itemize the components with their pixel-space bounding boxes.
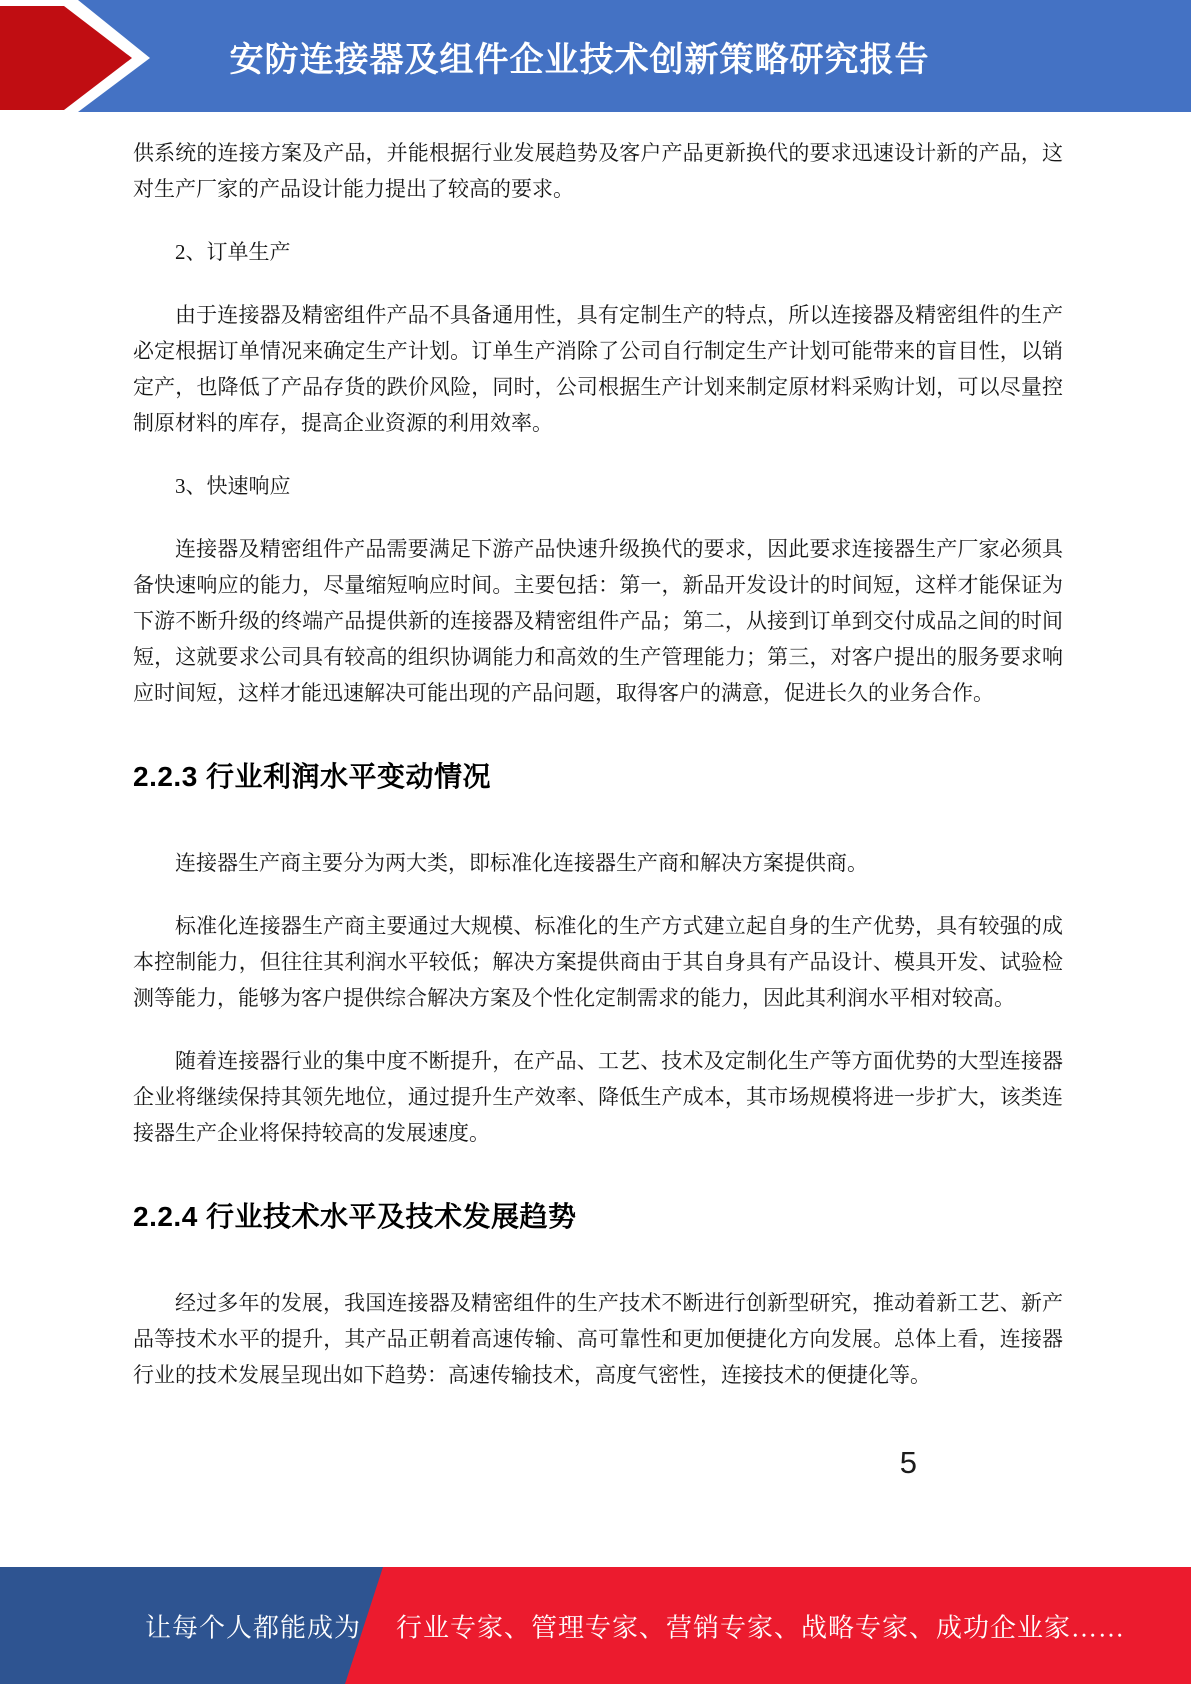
document-body: 供系统的连接方案及产品，并能根据行业发展趋势及客户产品更新换代的要求迅速设计新的… bbox=[0, 112, 1191, 1483]
paragraph-producer-types: 连接器生产商主要分为两大类，即标准化连接器生产商和解决方案提供商。 bbox=[133, 845, 1063, 881]
footer-slogan-left: 让每个人都能成为 bbox=[145, 1607, 361, 1644]
sub-item-quick-response: 3、快速响应 bbox=[133, 468, 1063, 504]
footer-slogan-right: 行业专家、管理专家、营销专家、战略专家、成功企业家…… bbox=[396, 1607, 1125, 1644]
paragraph-continued: 供系统的连接方案及产品，并能根据行业发展趋势及客户产品更新换代的要求迅速设计新的… bbox=[133, 135, 1063, 207]
page-number: 5 bbox=[133, 1443, 1063, 1483]
paragraph-quick-response: 连接器及精密组件产品需要满足下游产品快速升级换代的要求，因此要求连接器生产厂家必… bbox=[133, 531, 1063, 711]
red-arrow-icon bbox=[0, 0, 160, 112]
sub-item-order-production: 2、订单生产 bbox=[133, 234, 1063, 270]
page-header: 安防连接器及组件企业技术创新策略研究报告 bbox=[0, 0, 1191, 112]
page-footer: 让每个人都能成为 行业专家、管理专家、营销专家、战略专家、成功企业家…… bbox=[0, 1567, 1191, 1684]
paragraph-standardized-producers: 标准化连接器生产商主要通过大规模、标准化的生产方式建立起自身的生产优势，具有较强… bbox=[133, 908, 1063, 1016]
section-heading-2-2-3: 2.2.3 行业利润水平变动情况 bbox=[133, 757, 1063, 797]
paragraph-technology-trends: 经过多年的发展，我国连接器及精密组件的生产技术不断进行创新型研究，推动着新工艺、… bbox=[133, 1285, 1063, 1393]
report-title: 安防连接器及组件企业技术创新策略研究报告 bbox=[230, 32, 930, 81]
paragraph-industry-concentration: 随着连接器行业的集中度不断提升，在产品、工艺、技术及定制化生产等方面优势的大型连… bbox=[133, 1043, 1063, 1151]
paragraph-order-production: 由于连接器及精密组件产品不具备通用性，具有定制生产的特点，所以连接器及精密组件的… bbox=[133, 297, 1063, 441]
section-heading-2-2-4: 2.2.4 行业技术水平及技术发展趋势 bbox=[133, 1197, 1063, 1237]
